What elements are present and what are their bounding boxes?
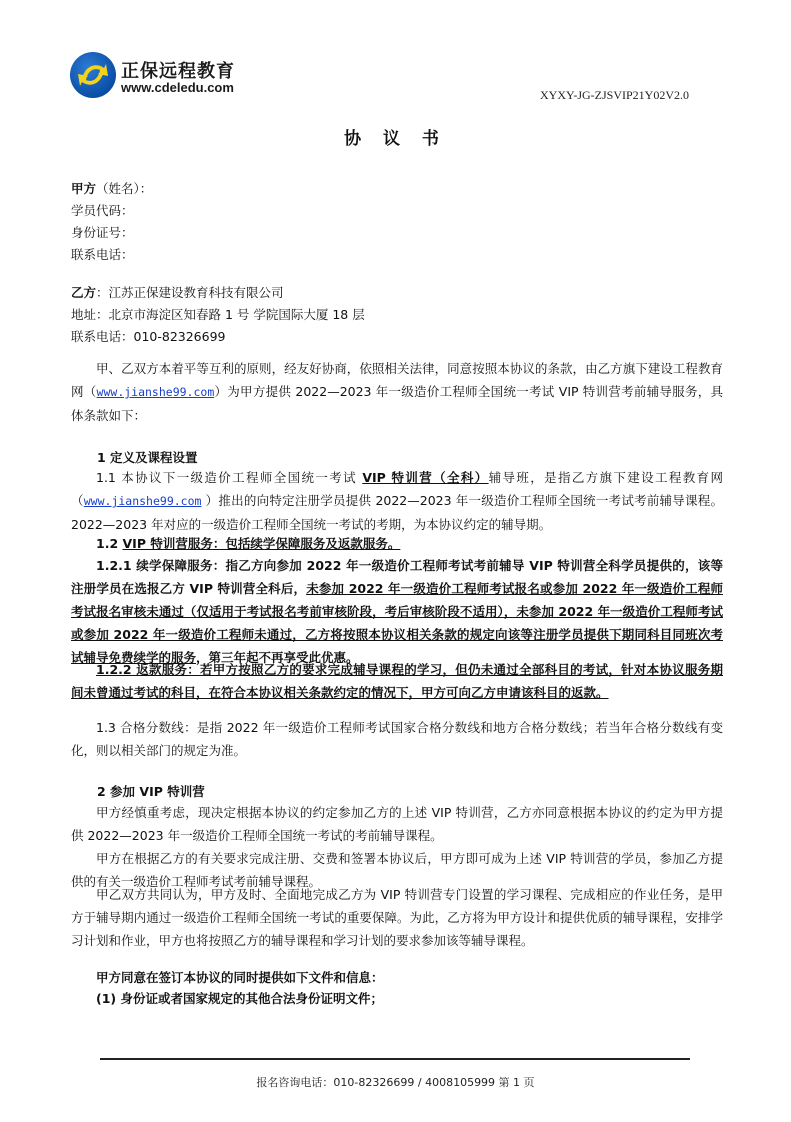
section-2-paragraph-3: 甲乙双方共同认为，甲方及时、全面地完成乙方为 VIP 特训营专门设置的学习课程、… — [71, 883, 723, 952]
section-2-paragraph-1: 甲方经慎重考虑，现决定根据本协议的约定参加乙方的上述 VIP 特训营，乙方亦同意… — [71, 801, 723, 847]
footer-divider — [100, 1058, 690, 1060]
company-logo — [70, 52, 116, 98]
clause-1-1: 1.1 本协议下一级造价工程师全国统一考试 VIP 特训营（全科）辅导班，是指乙… — [71, 466, 723, 536]
party-b-name-line: 乙方：江苏正保建设教育科技有限公司 — [71, 282, 284, 304]
clause-1-2: 1.2 VIP 特训营服务：包括续学保障服务及返款服务。 — [71, 532, 723, 555]
party-a-name-line: 甲方（姓名）： — [71, 178, 152, 200]
clause-1-1-highlight: VIP 特训营（全科） — [362, 470, 488, 485]
clause-1-2-1: 1.2.1 续学保障服务：指乙方向参加 2022 年一级造价工程师考试考前辅导 … — [71, 554, 723, 669]
jianshe-link-2[interactable]: www.jianshe99.com — [84, 494, 202, 508]
document-title: 协 议 书 — [0, 124, 791, 149]
clause-1-3: 1.3 合格分数线：是指 2022 年一级造价工程师考试国家合格分数线和地方合格… — [71, 716, 723, 762]
jianshe-link[interactable]: www.jianshe99.com — [97, 385, 215, 399]
intro-paragraph: 甲、乙双方本着平等互利的原则，经友好协商，依照相关法律，同意按照本协议的条款，由… — [71, 357, 723, 427]
party-b-phone: 联系电话：010-82326699 — [71, 326, 226, 348]
logo-swirl-icon — [70, 52, 116, 98]
documents-heading: 甲方同意在签订本协议的同时提供如下文件和信息： — [71, 966, 723, 989]
party-a-student-code: 学员代码： — [71, 200, 134, 222]
party-b-label: 乙方 — [71, 285, 96, 300]
clause-1-2-prefix: 1.2 — [96, 536, 123, 551]
clause-1-2-2: 1.2.2 返款服务：若甲方按照乙方的要求完成辅导课程的学习，但仍未通过全部科目… — [71, 658, 723, 704]
footer-contact: 报名咨询电话：010-82326699 / 4008105999 第 1 页 — [0, 1074, 791, 1090]
party-a-phone: 联系电话： — [71, 244, 134, 266]
brand-url: www.cdeledu.com — [121, 80, 234, 95]
clause-1-2-text: VIP 特训营服务：包括续学保障服务及返款服务。 — [123, 536, 401, 551]
document-code: XYXY-JG-ZJSVIP21Y02V2.0 — [540, 88, 689, 103]
party-a-id-number: 身份证号： — [71, 222, 134, 244]
party-b-address: 地址：北京市海淀区知春路 1 号 学院国际大厦 18 层 — [71, 304, 365, 326]
party-b-name: ：江苏正保建设教育科技有限公司 — [96, 285, 284, 300]
section-2-heading: 2 参加 VIP 特训营 — [97, 780, 749, 803]
clause-1-1-prefix: 1.1 本协议下一级造价工程师全国统一考试 — [96, 470, 362, 485]
party-a-name-label: （姓名）： — [96, 181, 152, 196]
party-a-label: 甲方 — [71, 181, 96, 196]
documents-item-1: (1) 身份证或者国家规定的其他合法身份证明文件； — [71, 987, 723, 1010]
